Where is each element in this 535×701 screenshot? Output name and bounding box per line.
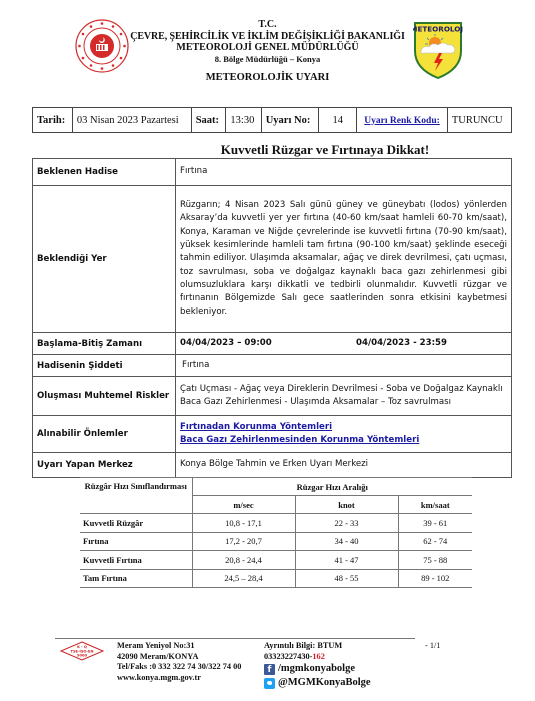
address-line1: Meram Yeniyol No:31: [117, 641, 241, 652]
range-header: Rüzgar Hızı Aralığı: [192, 478, 472, 496]
wind-msec: 24,5 – 28,4: [192, 569, 295, 588]
unit-knot: knot: [295, 496, 398, 514]
date-label: Tarih:: [33, 108, 73, 133]
table-row: Oluşması Muhtemel Riskler Çatı Uçması - …: [33, 377, 512, 416]
warning-no-value: 14: [319, 108, 357, 133]
unit-kmh: km/saat: [398, 496, 472, 514]
warning-details-table: Beklenen Hadise Fırtına Beklendiği Yer R…: [32, 158, 512, 478]
alert-title: Kuvvetli Rüzgar ve Fırtınaya Dikkat!: [175, 142, 475, 158]
table-row: Kuvvetli Rüzgâr 10,8 - 17,1 22 - 33 39 -…: [80, 514, 472, 533]
telfax: Tel/Faks :0 332 322 74 30/322 74 00: [117, 662, 241, 673]
facebook-link[interactable]: f /mgmkonyabolge: [264, 662, 371, 676]
meteoroloji-shield-icon: METEOROLOJI: [413, 21, 463, 79]
table-row: Tam Fırtına 24,5 – 28,4 48 - 55 89 - 102: [80, 569, 472, 588]
color-code-link[interactable]: Uyarı Renk Kodu:: [364, 116, 439, 126]
wind-speed-table: Rüzgâr Hızı Sınıflandırması Rüzgar Hızı …: [80, 477, 472, 588]
wind-msec: 17,2 - 20,7: [192, 532, 295, 551]
date-value: 03 Nisan 2023 Pazartesi: [72, 108, 191, 133]
document-header: T.C. ÇEVRE, ŞEHİRCİLİK VE İKLİM DEĞİŞİKL…: [0, 0, 535, 100]
header-line-region: 8. Bölge Müdürlüğü – Konya: [130, 54, 405, 66]
table-row: Beklendiği Yer Rüzgarın; 4 Nisan 2023 Sa…: [33, 186, 512, 333]
ministry-emblem-icon: [75, 19, 129, 73]
info-label: Ayrıntılı Bilgi: BTUM: [264, 641, 371, 652]
header-title-block: T.C. ÇEVRE, ŞEHİRCİLİK VE İKLİM DEĞİŞİKL…: [130, 19, 405, 65]
start-time: 04/04/2023 – 09:00: [180, 337, 356, 350]
twitter-link[interactable]: @MGMKonyaBolge: [264, 676, 371, 690]
expected-event-label: Beklenen Hadise: [33, 159, 176, 186]
twitter-icon: [264, 678, 275, 689]
storm-protection-link[interactable]: Fırtınadan Korunma Yöntemleri: [180, 422, 332, 432]
expected-place-value: Rüzgarın; 4 Nisan 2023 Salı günü güney v…: [176, 186, 512, 333]
wind-kmh: 39 - 61: [398, 514, 472, 533]
footer-address: Meram Yeniyol No:31 42090 Meram/KONYA Te…: [117, 641, 241, 683]
footer-contact: Ayrıntılı Bilgi: BTUM 03323227430-162 f …: [264, 641, 371, 690]
center-value: Konya Bölge Tahmin ve Erken Uyarı Merkez…: [176, 453, 512, 478]
warning-no-label: Uyarı No:: [261, 108, 319, 133]
time-label: Saat:: [191, 108, 226, 133]
wind-msec: 20,8 - 24,4: [192, 551, 295, 570]
end-time: 04/04/2023 - 23:59: [356, 337, 447, 350]
expected-place-label: Beklendiği Yer: [33, 186, 176, 333]
wind-kmh: 75 - 88: [398, 551, 472, 570]
table-row: Hadisenin Şiddeti Fırtına: [33, 355, 512, 377]
header-line-directorate: METEOROLOJİ GENEL MÜDÜRLÜĞÜ: [130, 42, 405, 54]
center-label: Uyarı Yapan Merkez: [33, 453, 176, 478]
time-range-label: Başlama-Bitiş Zamanı: [33, 333, 176, 355]
expected-event-value: Fırtına: [176, 159, 512, 186]
address-line2: 42090 Meram/KONYA: [117, 652, 241, 663]
table-row: Kuvvetli Fırtına 20,8 - 24,4 41 - 47 75 …: [80, 551, 472, 570]
table-row: Fırtına 17,2 - 20,7 34 - 40 62 - 74: [80, 532, 472, 551]
wind-class-name: Tam Fırtına: [80, 569, 192, 588]
table-row: Başlama-Bitiş Zamanı 04/04/2023 – 09:00 …: [33, 333, 512, 355]
wind-knot: 34 - 40: [295, 532, 398, 551]
warning-info-table: Tarih: 03 Nisan 2023 Pazartesi Saat: 13:…: [32, 107, 512, 133]
risks-label: Oluşması Muhtemel Riskler: [33, 377, 176, 416]
phone-ext: 162: [312, 652, 324, 661]
precautions-label: Alınabilir Önlemler: [33, 416, 176, 453]
phone-main: 03323227430-: [264, 652, 312, 661]
wind-kmh: 62 - 74: [398, 532, 472, 551]
info-phone: 03323227430-162: [264, 652, 371, 663]
wind-kmh: 89 - 102: [398, 569, 472, 588]
color-code-value: TURUNCU: [447, 108, 511, 133]
page-number: - 1/1: [425, 641, 440, 652]
table-row: Alınabilir Önlemler Fırtınadan Korunma Y…: [33, 416, 512, 453]
tse-iso-certification-icon: K - Q TSE-ISO-EN 9000: [60, 641, 104, 661]
unit-msec: m/sec: [192, 496, 295, 514]
class-header: Rüzgâr Hızı Sınıflandırması: [80, 478, 192, 514]
wind-class-name: Kuvvetli Fırtına: [80, 551, 192, 570]
wind-class-name: Kuvvetli Rüzgâr: [80, 514, 192, 533]
facebook-icon: f: [264, 664, 275, 675]
svg-text:9000: 9000: [77, 654, 88, 658]
svg-text:METEOROLOJI: METEOROLOJI: [413, 25, 463, 34]
wind-knot: 22 - 33: [295, 514, 398, 533]
flue-gas-protection-link[interactable]: Baca Gazı Zehirlenmesinden Korunma Yönte…: [180, 435, 419, 445]
table-row: Beklenen Hadise Fırtına: [33, 159, 512, 186]
wind-knot: 48 - 55: [295, 569, 398, 588]
website-link[interactable]: www.konya.mgm.gov.tr: [117, 673, 241, 684]
header-line-ministry: ÇEVRE, ŞEHİRCİLİK VE İKLİM DEĞİŞİKLİĞİ B…: [130, 31, 405, 43]
wind-msec: 10,8 - 17,1: [192, 514, 295, 533]
severity-value: Fırtına: [176, 355, 512, 377]
wind-knot: 41 - 47: [295, 551, 398, 570]
header-line-tc: T.C.: [130, 19, 405, 31]
severity-label: Hadisenin Şiddeti: [33, 355, 176, 377]
footer-divider: [55, 638, 415, 639]
document-title: METEOROLOJİK UYARI: [130, 72, 405, 83]
table-row: Uyarı Yapan Merkez Konya Bölge Tahmin ve…: [33, 453, 512, 478]
risks-value: Çatı Uçması - Ağaç veya Direklerin Devri…: [176, 377, 512, 416]
time-value: 13:30: [226, 108, 261, 133]
wind-class-name: Fırtına: [80, 532, 192, 551]
